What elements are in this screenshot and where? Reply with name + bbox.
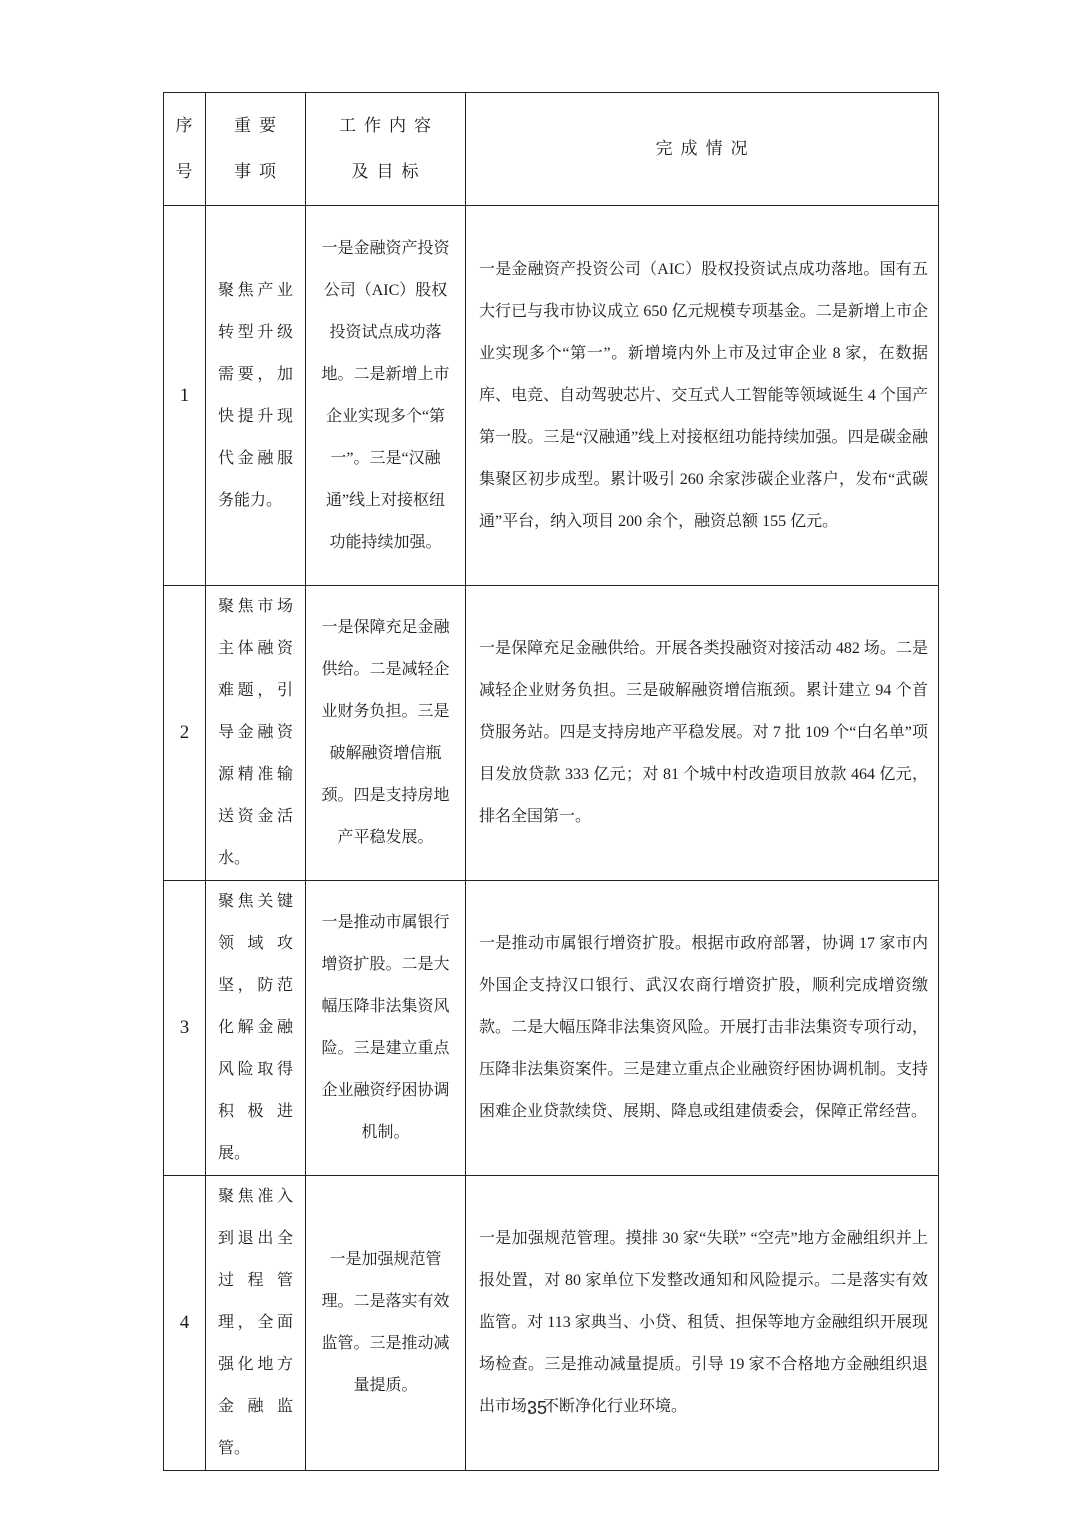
- item-cell: 聚焦准入到退出全过程管理，全面强化地方金融监管。: [206, 1176, 306, 1471]
- content-cell: 一是加强规范管理。二是落实有效监管。三是推动减量提质。: [306, 1176, 466, 1471]
- content-cell: 一是推动市属银行增资扩股。二是大幅压降非法集资风险。三是建立重点企业融资纾困协调…: [306, 881, 466, 1176]
- header-col-index: 序 号: [164, 93, 206, 206]
- report-table: 序 号 重要 事项 工作内容 及目标 完成情况 1 聚焦产业转型升级需要，加快提…: [163, 92, 939, 1471]
- item-cell: 聚焦关键领域攻坚，防范化解金融风险取得积极进展。: [206, 881, 306, 1176]
- completion-cell: 一是保障充足金融供给。开展各类投融资对接活动 482 场。二是减轻企业财务负担。…: [466, 586, 939, 881]
- completion-cell: 一是加强规范管理。摸排 30 家“失联” “空壳”地方金融组织并上报处置，对 8…: [466, 1176, 939, 1471]
- completion-cell: 一是金融资产投资公司（AIC）股权投资试点成功落地。国有五大行已与我市协议成立 …: [466, 206, 939, 586]
- row-index: 4: [164, 1176, 206, 1471]
- page-number: 35: [0, 1398, 1074, 1419]
- content-cell: 一是金融资产投资公司（AIC）股权投资试点成功落地。二是新增上市企业实现多个“第…: [306, 206, 466, 586]
- row-index: 1: [164, 206, 206, 586]
- table-row: 3 聚焦关键领域攻坚，防范化解金融风险取得积极进展。 一是推动市属银行增资扩股。…: [164, 881, 939, 1176]
- item-cell: 聚焦市场主体融资难题，引导金融资源精准输送资金活水。: [206, 586, 306, 881]
- document-page: 序 号 重要 事项 工作内容 及目标 完成情况 1 聚焦产业转型升级需要，加快提…: [0, 0, 1074, 1520]
- table-row: 2 聚焦市场主体融资难题，引导金融资源精准输送资金活水。 一是保障充足金融供给。…: [164, 586, 939, 881]
- content-cell: 一是保障充足金融供给。二是减轻企业财务负担。三是破解融资增信瓶颈。四是支持房地产…: [306, 586, 466, 881]
- header-col-content: 工作内容 及目标: [306, 93, 466, 206]
- row-index: 2: [164, 586, 206, 881]
- row-index: 3: [164, 881, 206, 1176]
- item-cell: 聚焦产业转型升级需要，加快提升现代金融服务能力。: [206, 206, 306, 586]
- completion-cell: 一是推动市属银行增资扩股。根据市政府部署，协调 17 家市内外国企支持汉口银行、…: [466, 881, 939, 1176]
- table-header-row: 序 号 重要 事项 工作内容 及目标 完成情况: [164, 93, 939, 206]
- header-col-item: 重要 事项: [206, 93, 306, 206]
- header-col-completion: 完成情况: [466, 93, 939, 206]
- table-row: 1 聚焦产业转型升级需要，加快提升现代金融服务能力。 一是金融资产投资公司（AI…: [164, 206, 939, 586]
- table-row: 4 聚焦准入到退出全过程管理，全面强化地方金融监管。 一是加强规范管理。二是落实…: [164, 1176, 939, 1471]
